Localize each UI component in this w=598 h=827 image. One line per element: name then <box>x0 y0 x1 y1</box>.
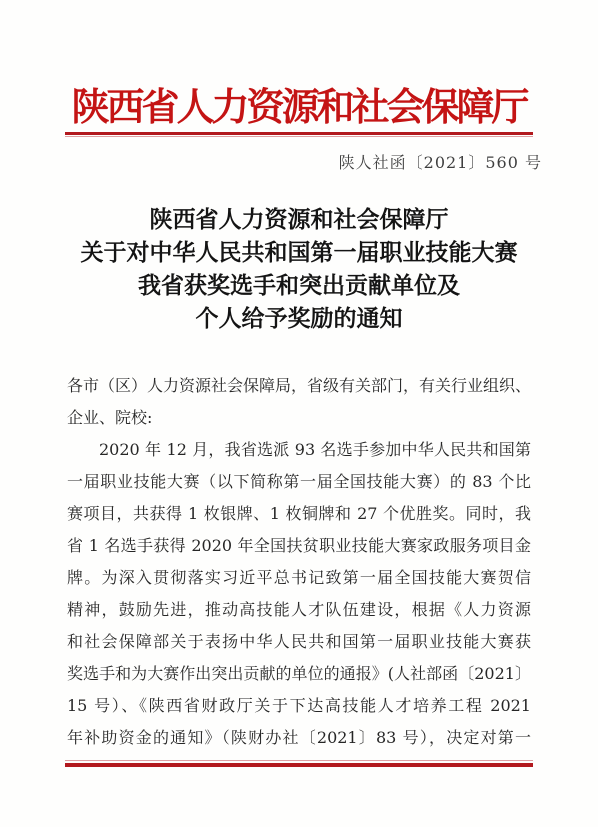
body-line: 年补助资金的通知》（陕财办社〔2021〕83 号），决定对第一 <box>67 722 531 754</box>
body-line: 各市（区）人力资源社会保障局，省级有关部门，有关行业组织、 <box>67 370 531 402</box>
body-line: 省 1 名选手获得 2020 年全国扶贫职业技能大赛家政服务项目金 <box>67 530 531 562</box>
body-line: 15 号）、《陕西省财政厅关于下达高技能人才培养工程 2021 <box>67 690 531 722</box>
document-reference-number: 陕人社函〔2021〕560 号 <box>339 150 542 173</box>
body-line: 精神，鼓励先进，推动高技能人才队伍建设，根据《人力资源 <box>67 594 531 626</box>
body-line: 一届职业技能大赛（以下简称第一届全国技能大赛）的 83 个比 <box>67 466 531 498</box>
footer-divider-thin-line <box>65 760 533 761</box>
title-line: 个人给予奖励的通知 <box>20 302 578 335</box>
body-line: 2020 年 12 月，我省选派 93 名选手参加中华人民共和国第 <box>67 434 531 466</box>
body-line: 赛项目，共获得 1 枚银牌、1 枚铜牌和 27 个优胜奖。同时，我 <box>67 498 531 530</box>
body-line: 企业、院校: <box>67 402 531 434</box>
footer-divider <box>65 760 533 767</box>
document-title: 陕西省人力资源和社会保障厅 关于对中华人民共和国第一届职业技能大赛 我省获奖选手… <box>20 203 578 335</box>
document-body: 各市（区）人力资源社会保障局，省级有关部门，有关行业组织、企业、院校:2020 … <box>67 370 531 754</box>
body-line: 奖选手和为大赛作出突出贡献的单位的通报》(人社部函〔2021〕 <box>67 658 531 690</box>
letterhead-divider-thick-line <box>65 132 533 135</box>
letterhead-org-name: 陕西省人力资源和社会保障厅 <box>0 76 598 131</box>
title-line: 陕西省人力资源和社会保障厅 <box>20 203 578 236</box>
title-line: 我省获奖选手和突出贡献单位及 <box>20 269 578 302</box>
letterhead-divider-thin-line <box>65 136 533 137</box>
body-line: 和社会保障部关于表扬中华人民共和国第一届职业技能大赛获 <box>67 626 531 658</box>
letterhead-divider <box>65 132 533 137</box>
footer-divider-thick-line <box>65 763 533 767</box>
title-line: 关于对中华人民共和国第一届职业技能大赛 <box>20 236 578 269</box>
body-line: 牌。为深入贯彻落实习近平总书记致第一届全国技能大赛贺信 <box>67 562 531 594</box>
document-page: 陕西省人力资源和社会保障厅 陕人社函〔2021〕560 号 陕西省人力资源和社会… <box>0 0 598 827</box>
